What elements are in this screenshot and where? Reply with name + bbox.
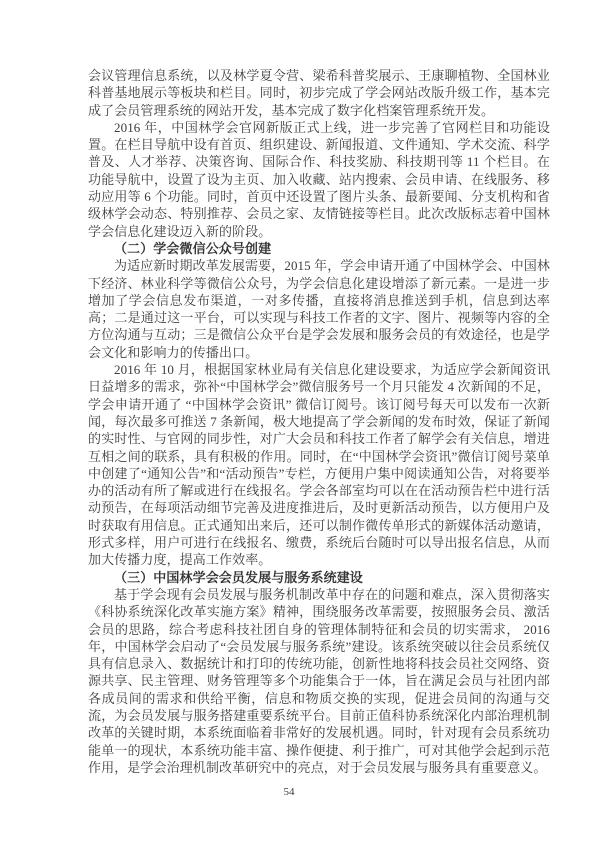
section-heading: （二）学会微信公众号创建 [88, 240, 550, 257]
document-content: 会议管理信息系统，以及林学夏令营、梁希科普奖展示、王康聊植物、全国林业科普基地展… [88, 67, 550, 776]
paragraph: 为适应新时期改革发展需要，2015 年，学会申请开通了中国林学会、中国林下经济、… [88, 257, 550, 361]
document-page: 会议管理信息系统，以及林学夏令营、梁希科普奖展示、王康聊植物、全国林业科普基地展… [0, 0, 600, 848]
section-heading: （三）中国林学会会员发展与服务系统建设 [88, 569, 550, 586]
paragraph: 2016 年 10 月，根据国家林业局有关信息化建设要求，为适应学会新闻资讯日益… [88, 361, 550, 569]
paragraph: 会议管理信息系统，以及林学夏令营、梁希科普奖展示、王康聊植物、全国林业科普基地展… [88, 67, 550, 119]
paragraph: 2016 年，中国林学会官网新版正式上线，进一步完善了官网栏目和功能设置。在栏目… [88, 119, 550, 240]
page-number: 54 [284, 786, 295, 798]
paragraph: 基于学会现有会员发展与服务机制改革中存在的问题和难点，深入贯彻落实《科协系统深化… [88, 586, 550, 776]
